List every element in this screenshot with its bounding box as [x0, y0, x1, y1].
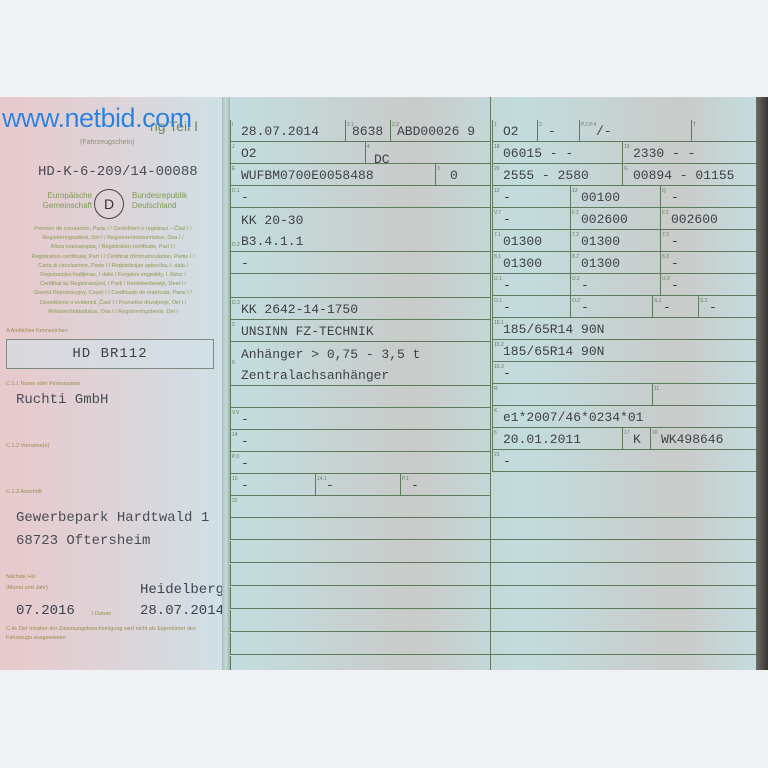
field-D2-2: B3.4.1.1 [241, 234, 303, 249]
field-tyre-15-3: - [503, 366, 511, 381]
country-label: Bundesrepublik Deutschland [132, 191, 187, 211]
field-1: O2 [503, 124, 519, 139]
label-month-year: (Monat und Jahr) [6, 585, 48, 591]
row-15-3: 15.3- [492, 362, 760, 384]
field-tyre-15-2: 185/65R14 90N [503, 344, 604, 359]
footnote: C.4c Der Inhaber der Zulassungsbescheini… [6, 625, 221, 643]
row-R: R 11 [492, 384, 760, 406]
row-O-S: O.1- O.2- S.1- S.2- [492, 296, 760, 318]
field-O1: - [503, 300, 511, 315]
row-15-2: 15.2185/65R14 90N [492, 340, 760, 362]
label-c12: C.1.2 Vorname(n) [6, 443, 49, 449]
row-20: 202555 - 2580 G00894 - 01155 [492, 164, 760, 186]
row-8: 8.101300 8.201300 8.3- [492, 252, 760, 274]
row-22: 22 [230, 496, 760, 518]
netbid-watermark: www.netbid.com [2, 103, 192, 134]
field-Q: - [671, 190, 679, 205]
field-8-1: 01300 [503, 256, 542, 271]
label-c13: C.1.3 Anschrift [6, 489, 42, 495]
row-2-1b: D.3KK 2642-14-1750 [230, 298, 490, 320]
row-6: 620.01.2011 17K 16WK498646 [492, 428, 760, 450]
field-D2-1: KK 20-30 [241, 213, 303, 228]
field-14: - [241, 434, 249, 449]
field-P3: - [241, 456, 249, 471]
field-8-3: - [671, 256, 679, 271]
field-vehicle-class: Anhänger > 0,75 - 3,5 t [241, 347, 420, 362]
row-blank [230, 386, 490, 408]
row-V7: V.7- F.1002600 F.2002600 [492, 208, 760, 230]
field-S2: - [709, 300, 717, 315]
field-U3: - [671, 278, 679, 293]
field-21: - [503, 454, 511, 469]
holder-name: Ruchti GmbH [16, 392, 108, 408]
field-K: e1*2007/46*0234*01 [503, 410, 643, 425]
field-19: 2330 - - [633, 146, 695, 161]
field-10: - [241, 478, 249, 493]
blank-row [230, 541, 760, 563]
field-2-1: 8638 [352, 124, 383, 139]
blank-row [230, 610, 760, 632]
field-13: 00100 [581, 190, 620, 205]
field-S1: - [663, 300, 671, 315]
row-7: 7.101300 7.201300 7.3- [492, 230, 760, 252]
address-line-1: Gewerbepark Hardtwald 1 [16, 510, 209, 526]
blank-row [230, 587, 760, 609]
license-plate: HD BR112 [6, 339, 214, 369]
field-F1: 002600 [581, 212, 628, 227]
label-date: I Datum [92, 611, 111, 617]
field-3: 0 [450, 168, 458, 183]
field-tyre-15-1: 185/65R14 90N [503, 322, 604, 337]
row-D1: D.1- [230, 186, 490, 208]
field-manufacturer: UNSINN FZ-TECHNIK [241, 324, 374, 339]
field-G: 00894 - 01155 [633, 168, 734, 183]
field-8-2: 01300 [581, 256, 620, 271]
label-c11: C.1.1 Name oder Firmenname [6, 381, 80, 387]
field-17: K [633, 432, 641, 447]
field-2: - [548, 124, 556, 139]
field-7-1: 01300 [503, 234, 542, 249]
country-code-emblem: D [94, 189, 124, 219]
issuing-place: Heidelberg [140, 582, 224, 598]
field-V7: - [503, 212, 511, 227]
field-P2-P4: /- [596, 124, 612, 139]
label-next-inspection: Nächste HU [6, 574, 36, 580]
field-6: 20.01.2011 [503, 432, 581, 447]
field-P1: - [411, 478, 419, 493]
field-7-3: - [671, 234, 679, 249]
address-line-2: 68723 Oftersheim [16, 533, 150, 549]
field-18: 06015 - - [503, 146, 573, 161]
row-D2-3: - [230, 252, 490, 274]
row-1: 1O2 2- P.2 P.4/- T [492, 120, 760, 142]
multilanguage-title-block: Permiso de circulación, Parte I / Osvědč… [8, 225, 218, 317]
row-J: JO2 4DC [230, 142, 490, 164]
eu-label: Europäische Gemeinschaft [32, 191, 92, 211]
field-O2: - [581, 300, 589, 315]
label-a: A Amtliches Kennzeichen [6, 328, 68, 334]
field-F2: 002600 [671, 212, 718, 227]
left-panel: ng Teil I (Fahrzeugschein) HD-K-6-209/14… [0, 97, 222, 670]
row-V9: V.9- [230, 408, 490, 430]
row-manufacturer: 2UNSINN FZ-TECHNIK [230, 320, 490, 342]
row-K: Ke1*2007/46*0234*01 [492, 406, 760, 428]
row-5-2: 5Zentralachsanhänger [230, 364, 490, 386]
lower-column-divider [490, 496, 491, 670]
field-V9: - [241, 412, 249, 427]
row-E: EWUFBM0700E0058488 30 [230, 164, 490, 186]
row-15-1: 15.1185/65R14 90N [492, 318, 760, 340]
next-inspection-date: 07.2016 [16, 603, 75, 619]
field-16: WK498646 [661, 432, 723, 447]
blank-row [230, 656, 760, 670]
field-grid: I28.07.2014 2.18638 2.2ABD00026 9 JO2 4D… [230, 97, 760, 670]
blank-row [230, 564, 760, 586]
column-divider [490, 97, 491, 497]
row-D2-1: KK 20-30 [230, 208, 490, 230]
field-14-1: - [326, 478, 334, 493]
row-5-1: Anhänger > 0,75 - 3,5 t [230, 342, 490, 364]
field-7-2: 01300 [581, 234, 620, 249]
field-U2: - [581, 278, 589, 293]
issue-date: 28.07.2014 [140, 603, 224, 619]
field-20: 2555 - 2580 [503, 168, 589, 183]
field-2-2: ABD00026 9 [397, 124, 475, 139]
field-D1: - [241, 190, 249, 205]
vehicle-registration-document: ng Teil I (Fahrzeugschein) HD-K-6-209/14… [0, 97, 768, 670]
photo-edge [756, 97, 768, 670]
field-type-approval: KK 2642-14-1750 [241, 302, 358, 317]
row-12: 12- 1300100 Q- [492, 186, 760, 208]
field-body-type: Zentralachsanhänger [241, 368, 389, 383]
row-10: 10- 14.1- P.1- [230, 474, 490, 496]
document-number: HD-K-6-209/14-00088 [38, 164, 198, 180]
row-U: U.1- U.2- U.3- [492, 274, 760, 296]
row-D2-2: D.2B3.4.1.1 [230, 230, 490, 252]
blank-row [230, 518, 760, 540]
field-D2-3: - [241, 256, 249, 271]
field-U1: - [503, 278, 511, 293]
row-14: 14- [230, 430, 490, 452]
page-fold [222, 97, 230, 670]
row-18: 1806015 - - 192330 - - [492, 142, 760, 164]
blank-row [230, 633, 760, 655]
field-12: - [503, 190, 511, 205]
field-E-vin: WUFBM0700E0058488 [241, 168, 374, 183]
row-21: 21- [492, 450, 760, 472]
row-I: I28.07.2014 2.18638 2.2ABD00026 9 [230, 120, 490, 142]
field-I: 28.07.2014 [241, 124, 319, 139]
row-D2-4 [230, 274, 490, 298]
document-subtitle: (Fahrzeugschein) [80, 139, 134, 146]
field-J: O2 [241, 146, 257, 161]
row-P3: P.3- [230, 452, 490, 474]
